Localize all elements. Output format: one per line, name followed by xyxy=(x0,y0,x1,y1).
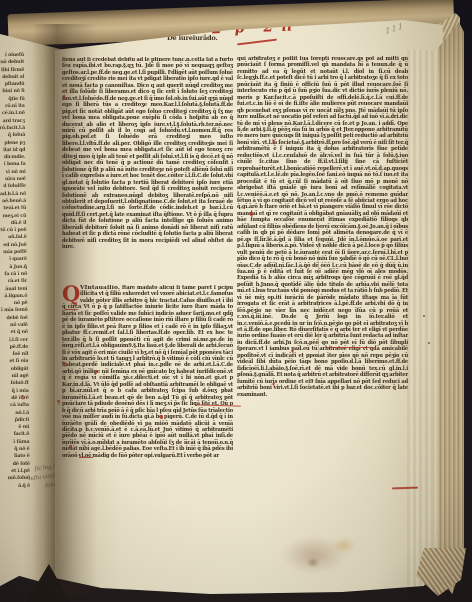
lombard-initial: Q xyxy=(62,285,79,302)
paper-fold-mark xyxy=(318,220,319,355)
rubric-pilcrow: ¶ xyxy=(272,384,275,389)
facing-page-marginalia: ſic log.l. iuſta cauſa ſoluo xyxy=(1,463,60,497)
paper-speck xyxy=(428,342,430,344)
paper-stain xyxy=(333,538,355,553)
rubric-letter-touch xyxy=(160,415,163,419)
facing-page: ī oīueſū nō debuit ſibi firmē debuit al … xyxy=(0,28,64,594)
left-column-lower-text: ſtare mādato alicui ſi tamē paret ſ pcip… xyxy=(62,285,233,459)
fore-edge-page-stack xyxy=(438,18,464,594)
rubric-underline xyxy=(327,347,373,348)
rubric-letter-touch xyxy=(250,212,253,216)
page-stack-corner-bottom xyxy=(416,548,466,596)
rubric-pilcrow: ¶ xyxy=(272,141,275,146)
left-column-rubric-section: QVIntauallio. ſtare mādato alicui ſi tam… xyxy=(62,285,233,500)
facing-page-text: ī oīueſū nō debuit ſibi firmē debuit al … xyxy=(0,52,30,488)
folio-number: 111 xyxy=(385,21,405,36)
rubric-pilcrow: ¶ xyxy=(21,396,24,401)
rubric-underline xyxy=(65,309,78,310)
rubric-underline xyxy=(79,457,93,458)
paper-stain xyxy=(307,558,319,567)
book-page: De iureiurãdo. 2ªp°2′ li 111 ſiens aūt ſ… xyxy=(55,20,443,594)
left-column-upper-text: ſiens aūt ſi credebat debitū ad ſe ptine… xyxy=(62,57,233,285)
page-curvature-ridges xyxy=(407,50,443,590)
rubric-pilcrow: ¶ xyxy=(63,363,66,368)
rubric-letter-touch xyxy=(69,445,72,449)
inscription-flourish-stroke xyxy=(237,39,277,45)
text-column-right: qui arbitratoʒ ē poſſit ſuā ſorepti reuo… xyxy=(237,56,408,498)
rubric-pilcrow: ¶ xyxy=(57,401,60,406)
rubric-pilcrow: ¶ xyxy=(291,351,294,356)
book-photograph: { "colors": { "background": "#17141c", "… xyxy=(0,0,472,602)
rubric-incipit: VIntauallio. xyxy=(80,285,120,291)
paper-speck xyxy=(423,315,425,317)
text-column-left: ſiens aūt ſi credebat debitū ad ſe ptine… xyxy=(62,57,233,500)
